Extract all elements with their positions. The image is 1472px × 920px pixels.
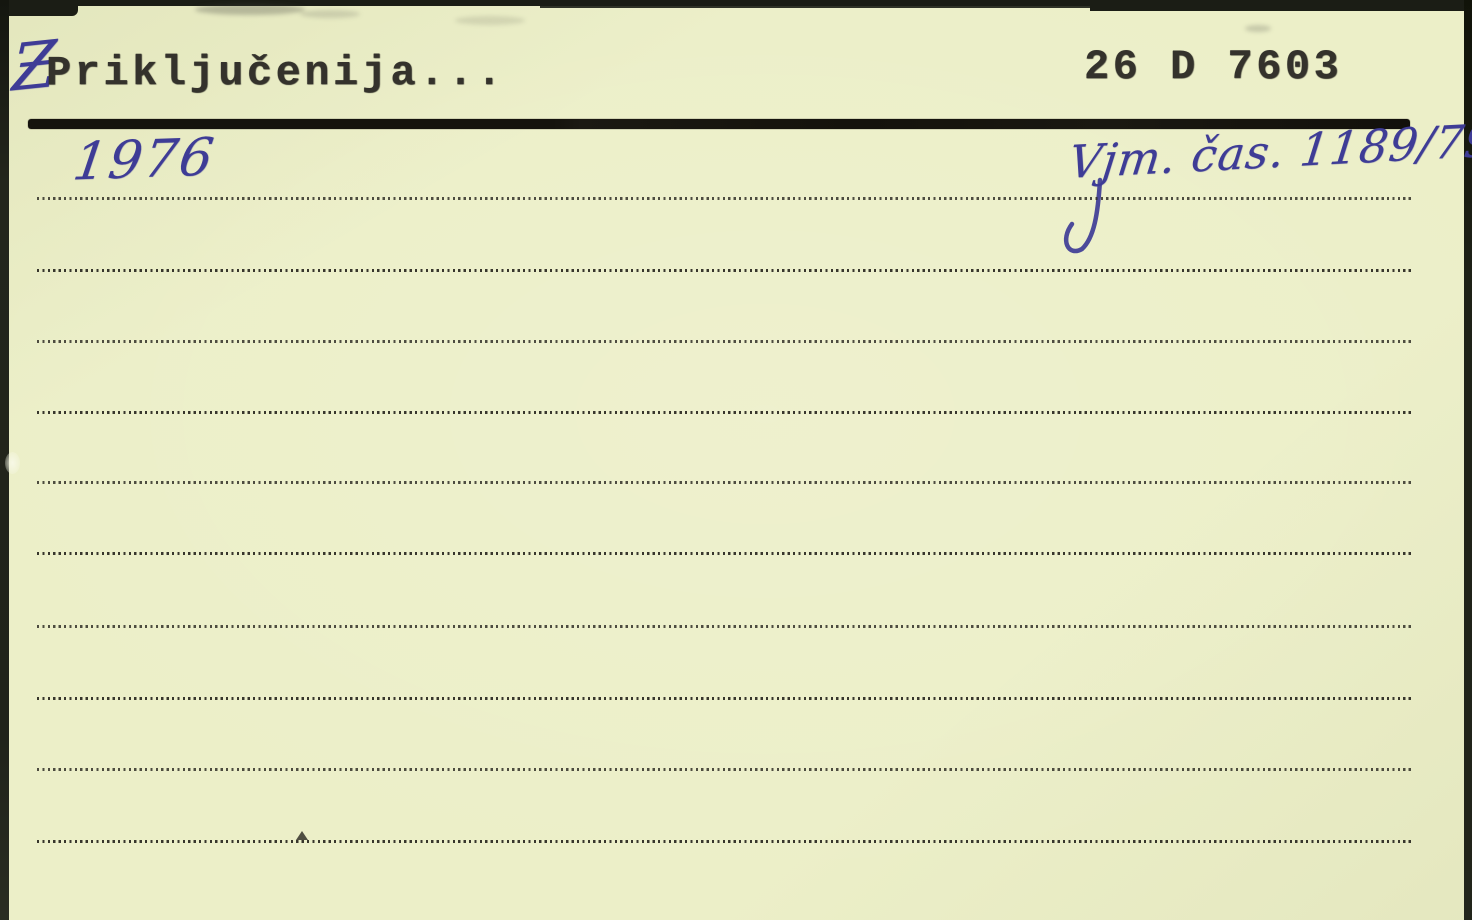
ruled-line: [37, 340, 1411, 343]
pencil-smudge: [195, 4, 305, 15]
ruled-line: [37, 697, 1411, 700]
pencil-smudge: [455, 16, 525, 25]
ruled-line: [37, 481, 1411, 484]
ruled-line: [37, 552, 1411, 555]
ruled-line: [37, 411, 1411, 414]
ruled-line: [37, 197, 1411, 200]
ruled-line: [37, 768, 1411, 771]
call-number: 26 D 7603: [1084, 43, 1342, 91]
catalog-card: Ƶ Priključenija... 26 D 7603 1976 Vjm. č…: [0, 0, 1472, 920]
scan-edge-top-right: [1090, 0, 1472, 11]
year-annotation: 1976: [69, 128, 219, 193]
header-rule: [28, 119, 1410, 129]
paper-speck: [5, 452, 20, 474]
ink-blot: [296, 831, 308, 840]
ruled-line: [37, 840, 1411, 843]
ruled-line: [37, 625, 1411, 628]
scan-edge-top-left-blob: [0, 0, 78, 16]
pencil-smudge: [300, 10, 360, 18]
pencil-smudge: [1245, 25, 1271, 32]
scan-edge-top-middle: [540, 0, 1120, 8]
card-title: Priključenija...: [46, 49, 505, 97]
ruled-line: [37, 269, 1411, 272]
